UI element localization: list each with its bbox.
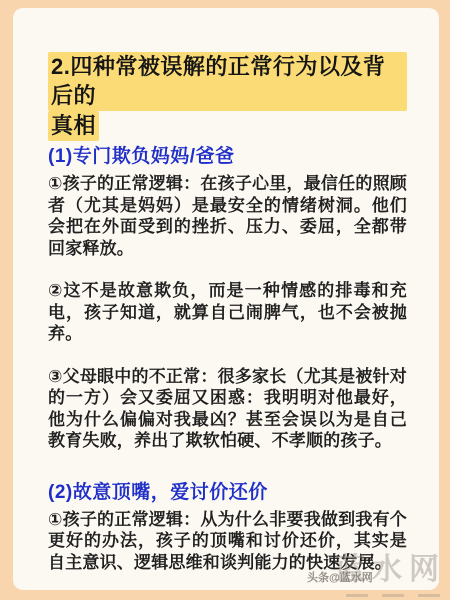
section-1-paragraph-1: ①孩子的正常逻辑：在孩子心里，最信任的照顾者（尤其是妈妈）是最安全的情绪树洞。他… xyxy=(48,173,407,259)
content-card: 2.四种常被误解的正常行为以及背后的真相 (1)专门欺负妈妈/爸爸 ①孩子的正常… xyxy=(13,8,439,590)
page-title: 2.四种常被误解的正常行为以及背后的真相 xyxy=(48,52,407,141)
section-1-paragraph-3: ③父母眼中的不正常：很多家长（尤其是被针对的一方）会又委屈又困惑：我明明对他最好… xyxy=(48,366,407,452)
section-2-paragraph-1: ①孩子的正常逻辑：从为什么非要我做到我有个更好的办法，孩子的顶嘴和讨价还价，其实… xyxy=(48,509,407,574)
page-title-line-2: 真相 xyxy=(48,111,99,141)
watermark-dashes-decoration xyxy=(346,594,440,597)
section-heading-1: (1)专门欺负妈妈/爸爸 xyxy=(48,145,407,169)
section-heading-2: (2)故意顶嘴，爱讨价还价 xyxy=(48,481,407,505)
content-area: 2.四种常被误解的正常行为以及背后的真相 (1)专门欺负妈妈/爸爸 ①孩子的正常… xyxy=(48,52,407,573)
page-title-line-1: 2.四种常被误解的正常行为以及背后的 xyxy=(48,52,407,111)
section-1-paragraph-2: ②这不是故意欺负，而是一种情感的排毒和充电，孩子知道，就算自己闹脾气，也不会被抛… xyxy=(48,280,407,345)
note-image-canvas: 2.四种常被误解的正常行为以及背后的真相 (1)专门欺负妈妈/爸爸 ①孩子的正常… xyxy=(0,0,450,600)
